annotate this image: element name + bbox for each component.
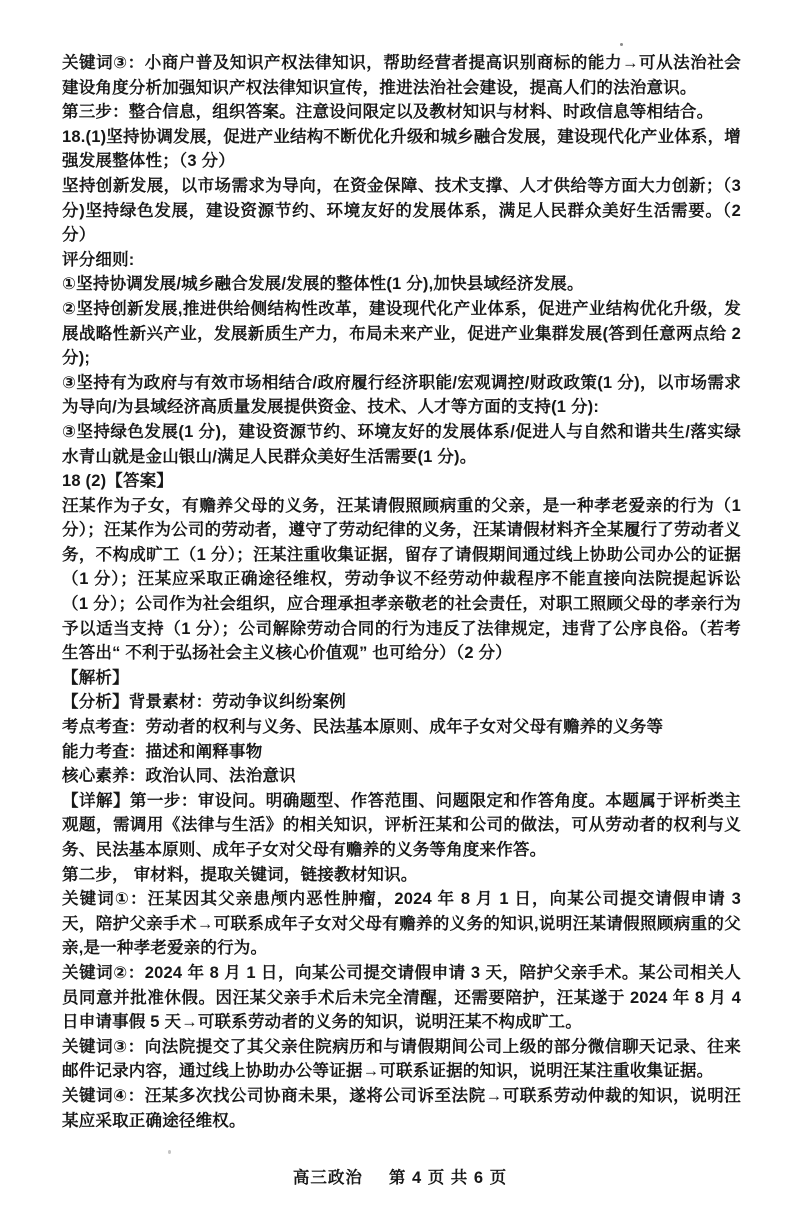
document-body: 关键词③：小商户普及知识产权法律知识，帮助经营者提高识别商标的能力→可从法治社会…	[62, 51, 741, 1133]
paragraph-keyword1: 关键词①：汪某因其父亲患颅内恶性肿瘤，2024 年 8 月 1 日，向某公司提交…	[62, 887, 741, 961]
paragraph-kaodian: 考点考查：劳动者的权利与义务、民法基本原则、成年子女对父母有赡养的义务等	[62, 715, 741, 740]
scan-speck-top	[620, 43, 623, 46]
paragraph-step3: 第三步：整合信息，组织答案。注意设问限定以及教材知识与材料、时政信息等相结合。	[62, 100, 741, 125]
paragraph-18-2-answer-heading: 18 (2)【答案】	[62, 469, 741, 494]
paragraph-18-1-answer-a: 18.(1)坚持协调发展，促进产业结构不断优化升级和城乡融合发展，建设现代化产业…	[62, 125, 741, 174]
paragraph-rubric-item-4: ③坚持绿色发展(1 分)，建设资源节约、环境友好的发展体系/促进人与自然和谐共生…	[62, 420, 741, 469]
paragraph-fenxi-background: 【分析】背景素材：劳动争议纠纷案例	[62, 690, 741, 715]
paragraph-18-2-answer-body: 汪某作为子女，有赡养父母的义务，汪某请假照顾病重的父亲，是一种孝老爱亲的行为（1…	[62, 494, 741, 666]
footer-page-number: 第 4 页 共 6 页	[389, 1169, 507, 1187]
exam-answer-page: 关键词③：小商户普及知识产权法律知识，帮助经营者提高识别商标的能力→可从法治社会…	[0, 0, 800, 1217]
paragraph-scoring-rubric-title: 评分细则:	[62, 248, 741, 273]
paragraph-step2: 第二步， 审材料，提取关键词，链接教材知识。	[62, 863, 741, 888]
paragraph-rubric-item-1: ①坚持协调发展/城乡融合发展/发展的整体性(1 分),加快县域经济发展。	[62, 272, 741, 297]
footer-course-label: 高三政治	[293, 1169, 363, 1187]
scan-speck-bottom	[168, 1150, 171, 1154]
paragraph-keyword3-q17: 关键词③：小商户普及知识产权法律知识，帮助经营者提高识别商标的能力→可从法治社会…	[62, 51, 741, 100]
paragraph-xiangjie-step1: 【详解】第一步：审设问。明确题型、作答范围、问题限定和作答角度。本题属于评析类主…	[62, 789, 741, 863]
paragraph-jiexi-heading: 【解析】	[62, 666, 741, 691]
paragraph-keyword4: 关键词④：汪某多次找公司协商未果，遂将公司诉至法院→可联系劳动仲裁的知识，说明汪…	[62, 1084, 741, 1133]
paragraph-hexin-suyang: 核心素养：政治认同、法治意识	[62, 764, 741, 789]
paragraph-rubric-item-2: ②坚持创新发展,推进供给侧结构性改革，建设现代化产业体系，促进产业结构优化升级，…	[62, 297, 741, 371]
paragraph-keyword3: 关键词③：向法院提交了其父亲住院病历和与请假期间公司上级的部分微信聊天记录、往来…	[62, 1035, 741, 1084]
paragraph-nengli: 能力考查：描述和阐释事物	[62, 740, 741, 765]
paragraph-rubric-item-3: ③坚持有为政府与有效市场相结合/政府履行经济职能/宏观调控/财政政策(1 分)，…	[62, 371, 741, 420]
paragraph-18-1-answer-b: 坚持创新发展，以市场需求为导向，在资金保障、技术支撑、人才供给等方面大力创新；（…	[62, 174, 741, 248]
paragraph-keyword2: 关键词②：2024 年 8 月 1 日，向某公司提交请假申请 3 天，陪护父亲手…	[62, 961, 741, 1035]
page-footer: 高三政治第 4 页 共 6 页	[0, 1164, 800, 1188]
